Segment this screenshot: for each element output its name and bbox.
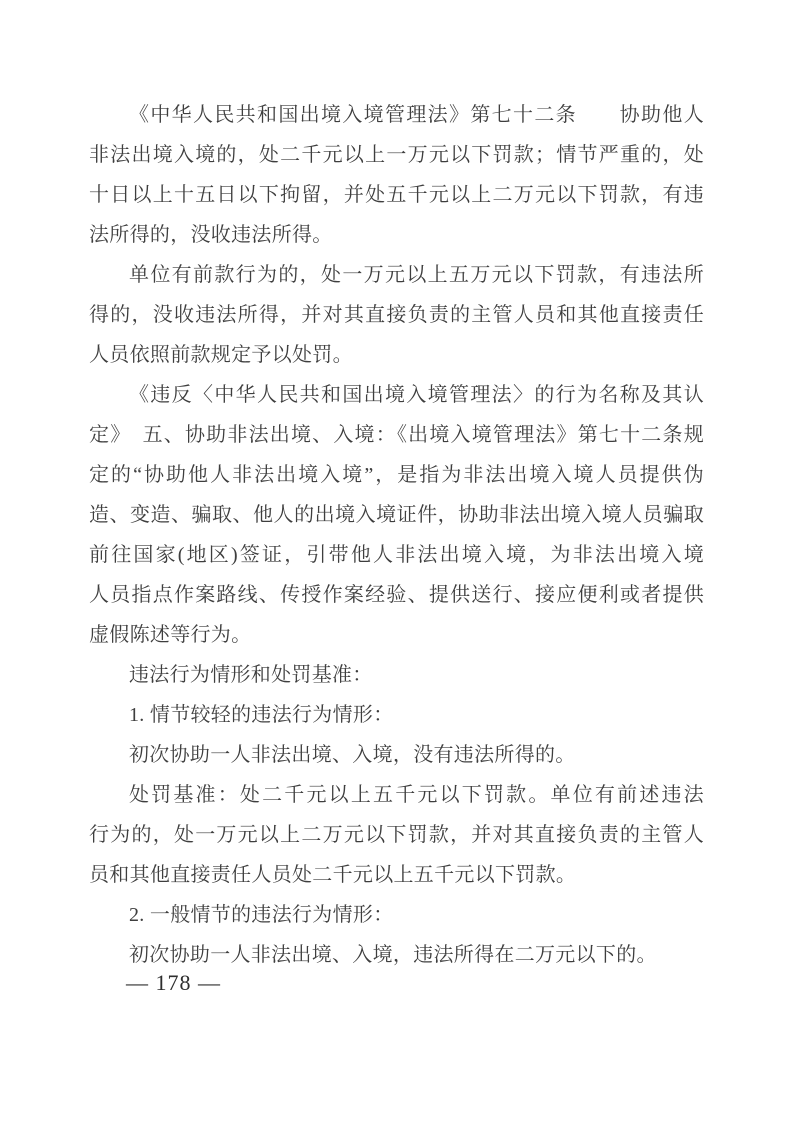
- text-line: 行为的，处一万元以上二万元以下罚款，并对其直接负责的主管人: [89, 815, 704, 855]
- text-line: 非法出境入境的，处二千元以上一万元以下罚款；情节严重的，处: [89, 135, 704, 175]
- text-line: 《中华人民共和国出境入境管理法》第七十二条 协助他人: [89, 95, 704, 135]
- text-line: 十日以上十五日以下拘留，并处五千元以上二万元以下罚款，有违: [89, 175, 704, 215]
- text-line: 处罚基准：处二千元以上五千元以下罚款。单位有前述违法: [89, 775, 704, 815]
- text-line: 虚假陈述等行为。: [89, 615, 704, 655]
- document-page: 《中华人民共和国出境入境管理法》第七十二条 协助他人非法出境入境的，处二千元以上…: [0, 0, 793, 1122]
- paragraph: 单位有前款行为的，处一万元以上五万元以下罚款，有违法所得的，没收违法所得，并对其…: [89, 255, 704, 375]
- text-line: 1. 情节较轻的违法行为情形：: [89, 695, 704, 735]
- paragraph: 1. 情节较轻的违法行为情形：: [89, 695, 704, 735]
- text-line: 造、变造、骗取、他人的出境入境证件，协助非法出境入境人员骗取: [89, 495, 704, 535]
- text-line: 单位有前款行为的，处一万元以上五万元以下罚款，有违法所: [89, 255, 704, 295]
- page-footer: — 178 —: [126, 968, 221, 998]
- text-line: 定》 五、协助非法出境、入境：《出境入境管理法》第七十二条规: [89, 415, 704, 455]
- page-number: — 178 —: [126, 970, 221, 995]
- text-line: 2. 一般情节的违法行为情形：: [89, 895, 704, 935]
- paragraph: 初次协助一人非法出境、入境，没有违法所得的。: [89, 735, 704, 775]
- text-line: 人员依照前款规定予以处罚。: [89, 335, 704, 375]
- paragraph: 2. 一般情节的违法行为情形：: [89, 895, 704, 935]
- text-line: 员和其他直接责任人员处二千元以上五千元以下罚款。: [89, 855, 704, 895]
- text-line: 定的“协助他人非法出境入境”，是指为非法出境入境人员提供伪: [89, 455, 704, 495]
- paragraph: 处罚基准：处二千元以上五千元以下罚款。单位有前述违法行为的，处一万元以上二万元以…: [89, 775, 704, 895]
- text-line: 前往国家(地区)签证，引带他人非法出境入境，为非法出境入境: [89, 535, 704, 575]
- text-line: 初次协助一人非法出境、入境，没有违法所得的。: [89, 735, 704, 775]
- paragraph: 违法行为情形和处罚基准：: [89, 655, 704, 695]
- paragraph: 《违反〈中华人民共和国出境入境管理法〉的行为名称及其认定》 五、协助非法出境、入…: [89, 375, 704, 655]
- paragraph: 《中华人民共和国出境入境管理法》第七十二条 协助他人非法出境入境的，处二千元以上…: [89, 95, 704, 255]
- text-line: 法所得的，没收违法所得。: [89, 215, 704, 255]
- document-body: 《中华人民共和国出境入境管理法》第七十二条 协助他人非法出境入境的，处二千元以上…: [89, 95, 704, 975]
- text-line: 违法行为情形和处罚基准：: [89, 655, 704, 695]
- text-line: 人员指点作案路线、传授作案经验、提供送行、接应便利或者提供: [89, 575, 704, 615]
- text-line: 得的，没收违法所得，并对其直接负责的主管人员和其他直接责任: [89, 295, 704, 335]
- text-line: 《违反〈中华人民共和国出境入境管理法〉的行为名称及其认: [89, 375, 704, 415]
